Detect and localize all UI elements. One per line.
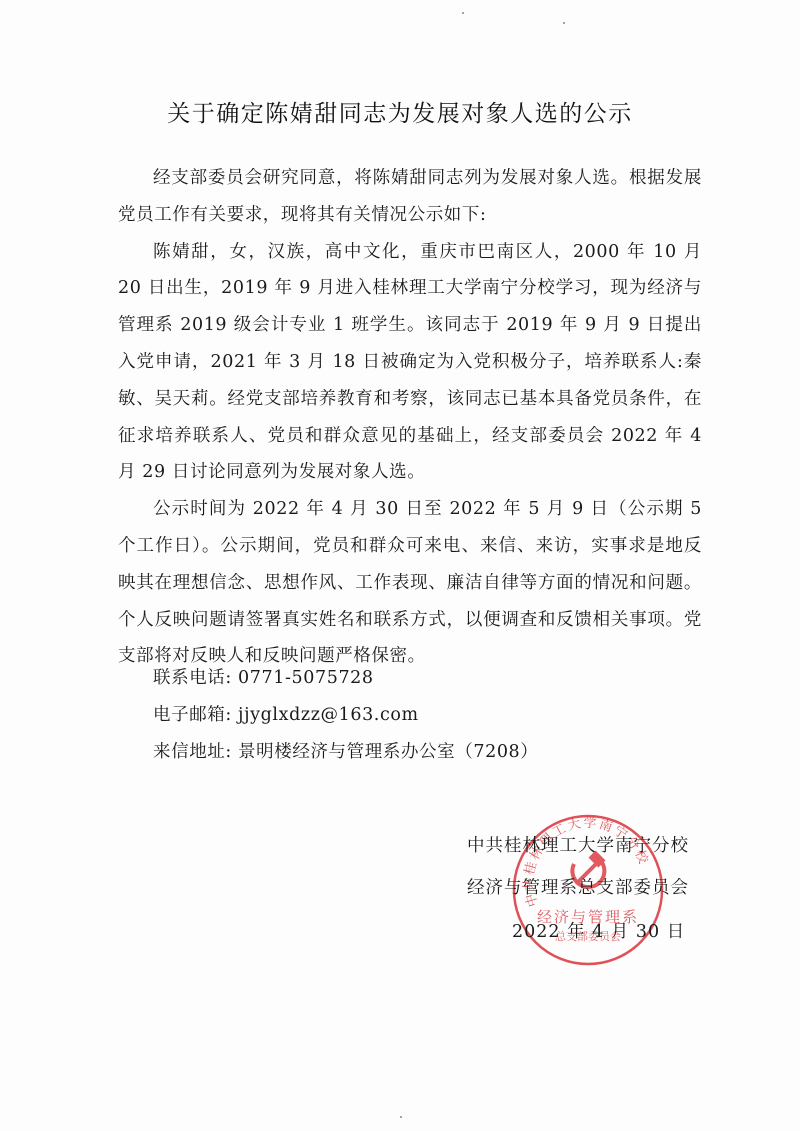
- paragraph-intro: 经支部委员会研究同意，将陈婧甜同志列为发展对象人选。根据发展党员工作有关要求，现…: [118, 160, 702, 234]
- contact-phone: 联系电话: 0771-5075728: [153, 664, 374, 689]
- signature-org-line1: 中共桂林理工大学南宁分校: [467, 832, 689, 857]
- document-body: 经支部委员会研究同意，将陈婧甜同志列为发展对象人选。根据发展党员工作有关要求，现…: [118, 160, 702, 675]
- scan-speck: [563, 22, 565, 24]
- contact-address: 来信地址: 景明楼经济与管理系办公室（7208）: [153, 738, 538, 763]
- document-page: 关于确定陈婧甜同志为发展对象人选的公示 经支部委员会研究同意，将陈婧甜同志列为发…: [0, 0, 800, 1131]
- signature-date: 2022 年 4 月 30 日: [512, 918, 685, 943]
- signature-org-line2: 经济与管理系总支部委员会: [467, 874, 689, 899]
- contact-email: 电子邮箱: jjyglxdzz@163.com: [153, 701, 419, 726]
- scan-speck: [400, 1116, 402, 1118]
- scan-speck: [462, 12, 464, 14]
- paragraph-candidate-info: 陈婧甜，女，汉族，高中文化，重庆市巴南区人，2000 年 10 月 20 日出生…: [118, 234, 702, 492]
- paragraph-notice-period: 公示时间为 2022 年 4 月 30 日至 2022 年 5 月 9 日（公示…: [118, 491, 702, 675]
- document-title: 关于确定陈婧甜同志为发展对象人选的公示: [0, 95, 800, 128]
